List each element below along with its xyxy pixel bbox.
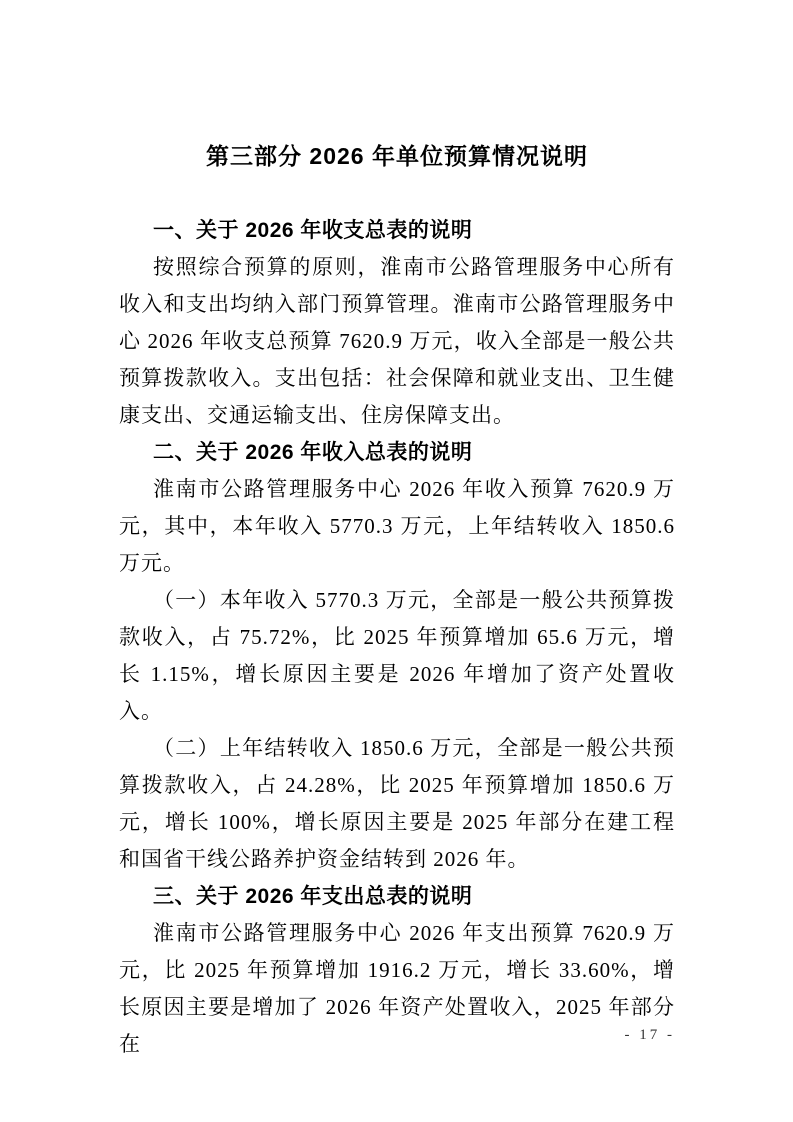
section-heading: 二、关于 2026 年收入总表的说明	[119, 434, 675, 471]
page-content: 第三部分 2026 年单位预算情况说明 一、关于 2026 年收支总表的说明 按…	[119, 138, 675, 1063]
document-page: 第三部分 2026 年单位预算情况说明 一、关于 2026 年收支总表的说明 按…	[0, 0, 793, 1122]
section-income-summary: 二、关于 2026 年收入总表的说明 淮南市公路管理服务中心 2026 年收入预…	[119, 434, 675, 878]
paragraph: 按照综合预算的原则，淮南市公路管理服务中心所有收入和支出均纳入部门预算管理。淮南…	[119, 249, 675, 434]
section-income-expenditure-summary: 一、关于 2026 年收支总表的说明 按照综合预算的原则，淮南市公路管理服务中心…	[119, 212, 675, 434]
document-title: 第三部分 2026 年单位预算情况说明	[119, 138, 675, 175]
page-number: - 17 -	[625, 1027, 676, 1044]
paragraph: 淮南市公路管理服务中心 2026 年支出预算 7620.9 万元，比 2025 …	[119, 915, 675, 1063]
paragraph: （一）本年收入 5770.3 万元，全部是一般公共预算拨款收入，占 75.72%…	[119, 582, 675, 730]
paragraph: （二）上年结转收入 1850.6 万元，全部是一般公共预算拨款收入，占 24.2…	[119, 730, 675, 878]
section-heading: 三、关于 2026 年支出总表的说明	[119, 878, 675, 915]
paragraph: 淮南市公路管理服务中心 2026 年收入预算 7620.9 万元，其中，本年收入…	[119, 471, 675, 582]
section-heading: 一、关于 2026 年收支总表的说明	[119, 212, 675, 249]
section-expenditure-summary: 三、关于 2026 年支出总表的说明 淮南市公路管理服务中心 2026 年支出预…	[119, 878, 675, 1063]
